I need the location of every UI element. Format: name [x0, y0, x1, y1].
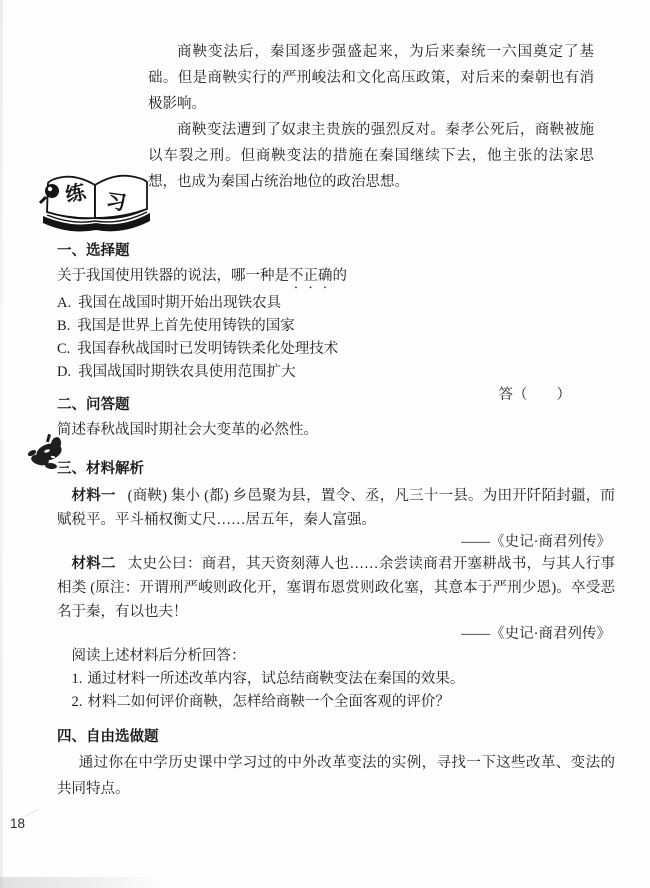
- section3-heading: 三、材料解析: [57, 456, 615, 482]
- material-1-source: ——《史记·商君列传》: [57, 532, 615, 552]
- magnifier-dot-icon: [45, 184, 59, 198]
- mc-option-c-label: C.: [57, 341, 70, 357]
- mc-option-d-text: 我国战国时期铁农具使用范围扩大: [78, 364, 296, 380]
- section-multiple-choice: 一、选择题 关于我国使用铁器的说法，哪一种是不正确的 A.我国在战国时期开始出现…: [57, 238, 615, 406]
- mc-question-prefix: 关于我国使用铁器的说法，哪一种是: [57, 268, 289, 284]
- analysis-question-1: 1.通过材料一所述改革内容，试总结商鞅变法在秦国的效果。: [57, 668, 615, 691]
- material-1-label: 材料一: [72, 488, 116, 504]
- mc-option-d: D.我国战国时期铁农具使用范围扩大: [57, 361, 615, 384]
- exercise-banner: 练 习: [36, 170, 158, 234]
- mc-question: 关于我国使用铁器的说法，哪一种是不正确的: [57, 264, 615, 292]
- material-1: 材料一(商鞅) 集小 (都) 乡邑聚为县，置令、丞，凡三十一县。为田开阡陌封疆，…: [57, 484, 615, 532]
- textbook-page: 商鞅变法后，秦国逐步强盛起来，为后来秦统一六国奠定了基础。但是商鞅实行的严刑峻法…: [0, 0, 650, 888]
- material-2-text: 太史公曰：商君，其天资刻薄人也……余尝读商君开塞耕战书，与其人行事相类 (原注：…: [57, 556, 615, 620]
- material-2: 材料二太史公曰：商君，其天资刻薄人也……余尝读商君开塞耕战书，与其人行事相类 (…: [57, 552, 615, 624]
- mc-option-a-text: 我国在战国时期开始出现铁农具: [78, 295, 281, 311]
- analysis-question-2-text: 材料二如何评价商鞅，怎样给商鞅一个全面客观的评价？: [87, 694, 450, 710]
- mc-option-b-text: 我国是世界上首先使用铸铁的国家: [77, 318, 295, 334]
- free-choice-text: 通过你在中学历史课中学习过的中外改革变法的实例，寻找一下这些改革、变法的共同特点…: [57, 750, 615, 802]
- mc-question-emphasis: 不正确: [289, 268, 333, 284]
- mc-option-d-label: D.: [57, 364, 71, 380]
- mc-question-suffix: 的: [333, 268, 348, 284]
- mc-option-b-label: B.: [57, 318, 70, 334]
- section-free-choice: 四、自由选做题 通过你在中学历史课中学习过的中外改革变法的实例，寻找一下这些改革…: [57, 724, 615, 802]
- analysis-question-2: 2.材料二如何评价商鞅，怎样给商鞅一个全面客观的评价？: [57, 691, 615, 714]
- intro-paragraph-2: 商鞅变法遭到了奴隶主贵族的强烈反对。秦孝公死后，商鞅被施以车裂之刑。但商鞅变法的…: [148, 117, 594, 195]
- page-edge-shadow: [0, 0, 3, 888]
- corner-smudge-artifact: [0, 877, 165, 888]
- intro-paragraph-1: 商鞅变法后，秦国逐步强盛起来，为后来秦统一六国奠定了基础。但是商鞅实行的严刑峻法…: [148, 39, 594, 117]
- analysis-prompt: 阅读上述材料后分析回答：: [57, 644, 615, 668]
- section-material-analysis: 三、材料解析 材料一(商鞅) 集小 (都) 乡邑聚为县，置令、丞，凡三十一县。为…: [57, 456, 615, 714]
- section1-heading: 一、选择题: [57, 238, 615, 264]
- short-answer-question: 简述春秋战国时期社会大变革的必然性。: [57, 418, 615, 443]
- intro-text-block: 商鞅变法后，秦国逐步强盛起来，为后来秦统一六国奠定了基础。但是商鞅实行的严刑峻法…: [148, 39, 594, 195]
- material-2-source: ——《史记·商君列传》: [57, 624, 615, 644]
- mc-option-a: A.我国在战国时期开始出现铁农具: [57, 292, 615, 315]
- mc-options-list: A.我国在战国时期开始出现铁农具 B.我国是世界上首先使用铸铁的国家 C.我国春…: [57, 292, 615, 384]
- open-book-icon: 练 习: [36, 170, 158, 234]
- scan-scratch-artifact: [24, 809, 43, 826]
- section4-heading: 四、自由选做题: [57, 724, 615, 750]
- page-number: 18: [10, 816, 25, 831]
- mc-option-c-text: 我国春秋战国时已发明铸铁柔化处理技术: [77, 341, 338, 357]
- material-2-label: 材料二: [72, 556, 116, 572]
- section-short-answer: 二、问答题 简述春秋战国时期社会大变革的必然性。: [57, 392, 615, 443]
- analysis-question-2-label: 2.: [72, 694, 83, 710]
- analysis-question-1-text: 通过材料一所述改革内容，试总结商鞅变法在秦国的效果。: [87, 671, 464, 687]
- section2-heading: 二、问答题: [57, 392, 615, 418]
- mc-option-c: C.我国春秋战国时已发明铸铁柔化处理技术: [57, 338, 615, 361]
- mc-option-b: B.我国是世界上首先使用铸铁的国家: [57, 315, 615, 338]
- material-1-text: (商鞅) 集小 (都) 乡邑聚为县，置令、丞，凡三十一县。为田开阡陌封疆，而赋税…: [57, 488, 615, 528]
- mc-option-a-label: A.: [57, 295, 71, 311]
- banner-char-xi: 习: [105, 189, 128, 215]
- analysis-question-1-label: 1.: [72, 671, 83, 687]
